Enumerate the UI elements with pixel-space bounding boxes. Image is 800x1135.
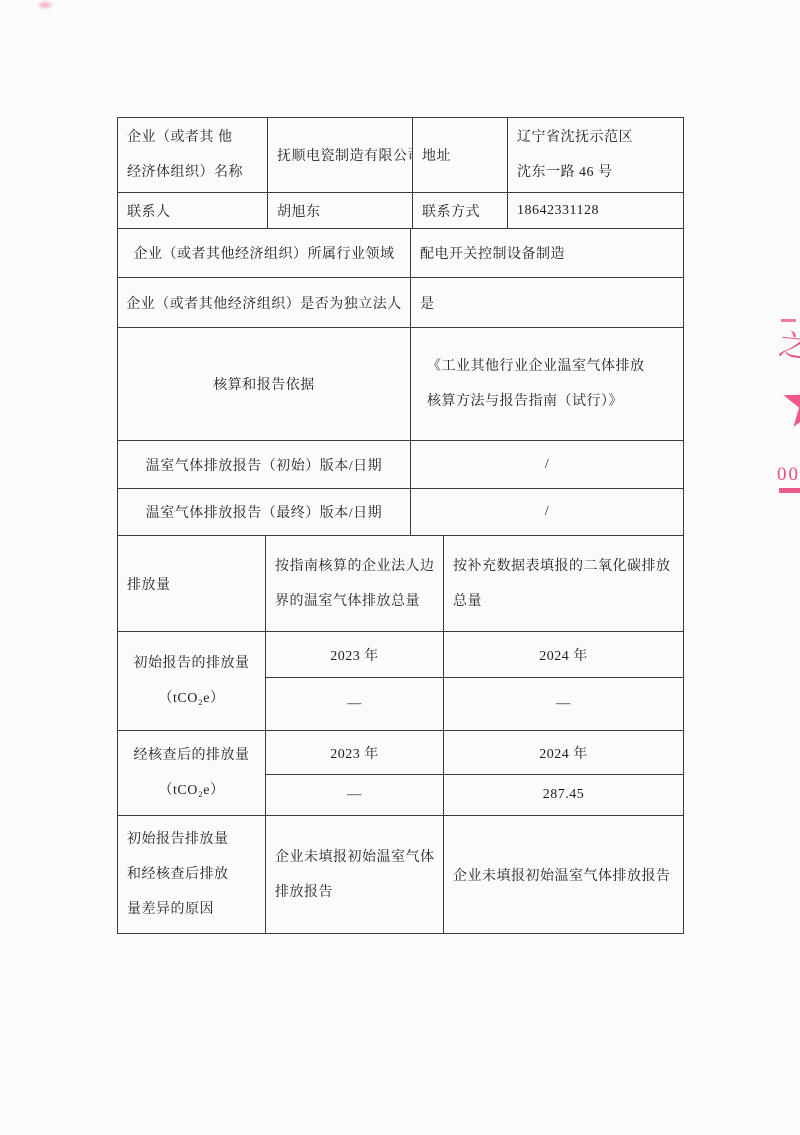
initial-report-version-label-cell: 温室气体排放报告（初始）版本/日期 xyxy=(118,441,411,489)
initial-emissions-2023-value-cell: — xyxy=(266,678,444,731)
contact-name: 胡旭东 xyxy=(277,201,321,221)
emissions-supplementary-line1: 按补充数据表填报的二氧化碳排放 xyxy=(453,549,671,584)
company-name-value-cell: 抚顺电瓷制造有限公司 xyxy=(268,118,413,193)
legal-entity-value: 是 xyxy=(420,293,435,313)
address-line1: 辽宁省沈抚示范区 xyxy=(517,120,633,155)
phone-label: 联系方式 xyxy=(422,201,480,221)
difference-reason-label-line2: 和经核查后排放 xyxy=(127,857,229,892)
verified-emissions-year-2023-cell: 2023 年 xyxy=(266,731,444,775)
difference-reason-supplementary-value: 企业未填报初始温室气体排放报告 xyxy=(453,865,671,885)
difference-reason-label-line3: 量差异的原因 xyxy=(127,892,214,927)
stamp-character-fragment: 之 xyxy=(777,320,800,367)
accounting-basis-line1: 《工业其他行业企业温室气体排放 xyxy=(427,349,645,384)
accounting-basis-line2: 核算方法与报告指南（试行）》 xyxy=(427,384,623,419)
industry-label-cell: 企业（或者其他经济组织）所属行业领域 xyxy=(118,229,411,278)
verified-emissions-2023-value: — xyxy=(347,787,362,803)
initial-emissions-label-line1: 初始报告的排放量 xyxy=(134,646,250,681)
address-line2: 沈东一路 46 号 xyxy=(517,155,613,190)
initial-emissions-unit: （tCO₂e） xyxy=(159,681,225,716)
initial-emissions-year-2023: 2023 年 xyxy=(330,645,379,665)
company-name-label-line2: 经济体组织）名称 xyxy=(127,155,243,190)
initial-emissions-2024-value-cell: — xyxy=(444,678,684,731)
difference-reason-guideline-line1: 企业未填报初始温室气体 xyxy=(275,840,435,875)
table-section-general: 企业（或者其他经济组织）所属行业领域 配电开关控制设备制造 企业（或者其他经济组… xyxy=(118,229,684,536)
red-star-icon xyxy=(780,377,800,429)
accounting-basis-label-cell: 核算和报告依据 xyxy=(118,328,411,441)
address-label: 地址 xyxy=(422,145,451,165)
initial-report-version-value-cell: / xyxy=(411,441,684,489)
initial-emissions-year-2024: 2024 年 xyxy=(539,645,588,665)
initial-report-version-label: 温室气体排放报告（初始）版本/日期 xyxy=(146,455,382,475)
verified-emissions-unit: （tCO₂e） xyxy=(159,773,225,808)
initial-emissions-year-2024-cell: 2024 年 xyxy=(444,632,684,678)
initial-emissions-year-2023-cell: 2023 年 xyxy=(266,632,444,678)
company-name-label-line1: 企业（或者其 他 xyxy=(127,120,233,155)
final-report-version-value: / xyxy=(545,504,549,520)
verified-emissions-year-2024: 2024 年 xyxy=(539,743,588,763)
address-value-cell: 辽宁省沈抚示范区 沈东一路 46 号 xyxy=(508,118,684,193)
difference-reason-label-cell: 初始报告排放量 和经核查后排放 量差异的原因 xyxy=(118,816,266,934)
table-section-emissions: 排放量 按指南核算的企业法人边 界的温室气体排放总量 按补充数据表填报的二氧化碳… xyxy=(118,536,684,816)
scanned-document-page: { "table": { "row1": { "label_line1": "企… xyxy=(0,0,800,1135)
verified-emissions-label-line1: 经核查后的排放量 xyxy=(134,738,250,773)
final-report-version-value-cell: / xyxy=(411,489,684,536)
phone-value-cell: 18642331128 xyxy=(508,193,684,229)
initial-emissions-2023-value: — xyxy=(347,696,362,712)
verified-emissions-year-2023: 2023 年 xyxy=(330,743,379,763)
verified-emissions-year-2024-cell: 2024 年 xyxy=(444,731,684,775)
difference-reason-guideline-cell: 企业未填报初始温室气体 排放报告 xyxy=(266,816,444,934)
stamp-digits-fragment: 000 xyxy=(777,464,800,486)
legal-entity-label-cell: 企业（或者其他经济组织）是否为独立法人 xyxy=(118,278,411,328)
stamp-underline-fragment xyxy=(779,488,800,493)
verified-emissions-2023-value-cell: — xyxy=(266,775,444,816)
final-report-version-label: 温室气体排放报告（最终）版本/日期 xyxy=(146,502,382,522)
legal-entity-label: 企业（或者其他经济组织）是否为独立法人 xyxy=(126,293,402,313)
industry-label: 企业（或者其他经济组织）所属行业领域 xyxy=(134,243,395,263)
stamp-smudge-top-left xyxy=(36,0,54,10)
accounting-basis-value-cell: 《工业其他行业企业温室气体排放 核算方法与报告指南（试行）》 xyxy=(411,328,684,441)
emissions-header-label-cell: 排放量 xyxy=(118,536,266,632)
contact-label-cell: 联系人 xyxy=(118,193,268,229)
address-label-cell: 地址 xyxy=(413,118,508,193)
initial-emissions-label-cell: 初始报告的排放量 （tCO₂e） xyxy=(118,632,266,731)
initial-report-version-value: / xyxy=(545,457,549,473)
verified-emissions-label-cell: 经核查后的排放量 （tCO₂e） xyxy=(118,731,266,816)
final-report-version-label-cell: 温室气体排放报告（最终）版本/日期 xyxy=(118,489,411,536)
emissions-guideline-line2: 界的温室气体排放总量 xyxy=(275,584,420,619)
company-name-value: 抚顺电瓷制造有限公司 xyxy=(277,145,413,165)
contact-value-cell: 胡旭东 xyxy=(268,193,413,229)
emissions-guideline-boundary-cell: 按指南核算的企业法人边 界的温室气体排放总量 xyxy=(266,536,444,632)
company-name-label-cell: 企业（或者其 他 经济体组织）名称 xyxy=(118,118,268,193)
difference-reason-guideline-line2: 排放报告 xyxy=(275,875,333,910)
emissions-supplementary-line2: 总量 xyxy=(453,584,482,619)
accounting-basis-label: 核算和报告依据 xyxy=(213,374,315,394)
table-section-difference: 初始报告排放量 和经核查后排放 量差异的原因 企业未填报初始温室气体 排放报告 … xyxy=(118,816,684,934)
industry-value-cell: 配电开关控制设备制造 xyxy=(411,229,684,278)
emissions-report-table: 企业（或者其 他 经济体组织）名称 抚顺电瓷制造有限公司 地址 辽宁省沈抚示范区… xyxy=(117,117,684,934)
table-section-identity: 企业（或者其 他 经济体组织）名称 抚顺电瓷制造有限公司 地址 辽宁省沈抚示范区… xyxy=(118,118,684,229)
phone-number: 18642331128 xyxy=(517,203,599,219)
verified-emissions-2024-value: 287.45 xyxy=(543,787,585,803)
contact-label: 联系人 xyxy=(127,201,171,221)
emissions-header-label: 排放量 xyxy=(127,574,171,594)
difference-reason-label-line1: 初始报告排放量 xyxy=(127,822,229,857)
emissions-guideline-line1: 按指南核算的企业法人边 xyxy=(275,549,435,584)
industry-value: 配电开关控制设备制造 xyxy=(420,243,565,263)
initial-emissions-2024-value: — xyxy=(556,696,571,712)
emissions-supplementary-cell: 按补充数据表填报的二氧化碳排放 总量 xyxy=(444,536,684,632)
verified-emissions-2024-value-cell: 287.45 xyxy=(444,775,684,816)
legal-entity-value-cell: 是 xyxy=(411,278,684,328)
difference-reason-supplementary-cell: 企业未填报初始温室气体排放报告 xyxy=(444,816,684,934)
phone-label-cell: 联系方式 xyxy=(413,193,508,229)
